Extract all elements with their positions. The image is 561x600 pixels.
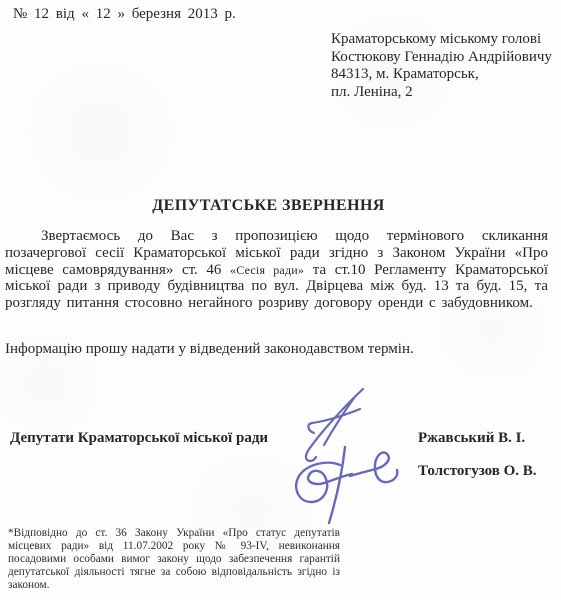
document-title: ДЕПУТАТСЬКЕ ЗВЕРНЕННЯ [0, 197, 549, 215]
signatories-label: Депутати Краматорської міської ради [10, 430, 268, 447]
signatory-name-rzhavskyi: Ржавський В. І. [418, 430, 525, 447]
recipient-address-block: Краматорському міському голові Костюкову… [331, 31, 552, 101]
body-paragraph-quoted-term: «Сесія ради» [230, 263, 304, 277]
recipient-line-name: Костюкову Геннадію Андрійовичу [331, 49, 552, 67]
signature-rzhavskyi-ink [306, 389, 363, 461]
info-request-line: Інформацію прошу надати у відведений зак… [5, 341, 414, 358]
recipient-line-position: Краматорському міському голові [331, 31, 552, 49]
recipient-line-street: пл. Леніна, 2 [331, 84, 552, 102]
signatory-name-tolstohuzov: Толстогузов О. В. [418, 463, 537, 480]
scanned-letter-page: № 12 від « 12 » березня 2013 р. Краматор… [0, 0, 561, 600]
body-paragraph: Звертаємось до Вас з пропозицією щодо те… [5, 228, 548, 312]
handwritten-signatures-ink [266, 381, 406, 531]
signature-tolstohuzov-ink [296, 447, 397, 523]
legal-footnote: *Відповідно до ст. 36 Закону України «Пр… [8, 527, 340, 592]
recipient-line-postal: 84313, м. Краматорськ, [331, 66, 552, 84]
reference-number-line: № 12 від « 12 » березня 2013 р. [13, 6, 236, 23]
